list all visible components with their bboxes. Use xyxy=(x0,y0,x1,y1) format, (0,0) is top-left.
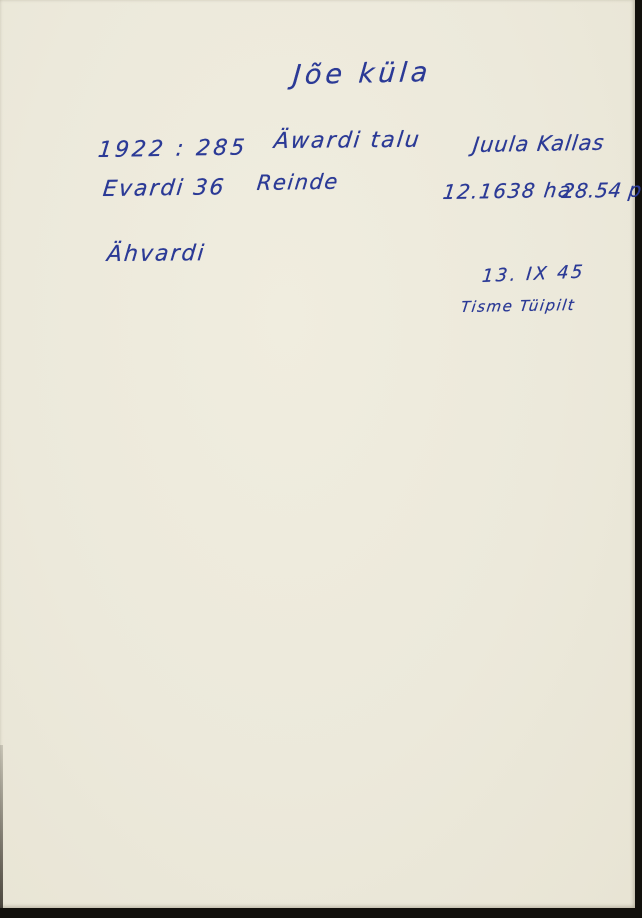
alternate-name-and-number: Evardi 36 xyxy=(102,175,227,202)
land-value: 28.54 p xyxy=(561,178,642,203)
paper-sheet: Jõe küla 1922 : 285 Äwardi talu Juula Ka… xyxy=(0,0,635,908)
farm-name: Äwardi talu xyxy=(273,128,423,154)
signature: Tisme Tüipilt xyxy=(460,296,577,316)
village-title: Jõe küla xyxy=(292,57,433,91)
alternate-name-2: Ähvardi xyxy=(106,241,207,267)
scan-edge-shadow xyxy=(0,745,3,908)
surname: Reinde xyxy=(256,170,340,195)
scanned-card: Jõe küla 1922 : 285 Äwardi talu Juula Ka… xyxy=(0,0,642,918)
year-and-number: 1922 : 285 xyxy=(97,135,249,163)
owner-name: Juula Kallas xyxy=(472,131,606,157)
date-annotation: 13. IX 45 xyxy=(481,261,586,287)
land-area-hectares: 12.1638 ha xyxy=(442,178,574,204)
